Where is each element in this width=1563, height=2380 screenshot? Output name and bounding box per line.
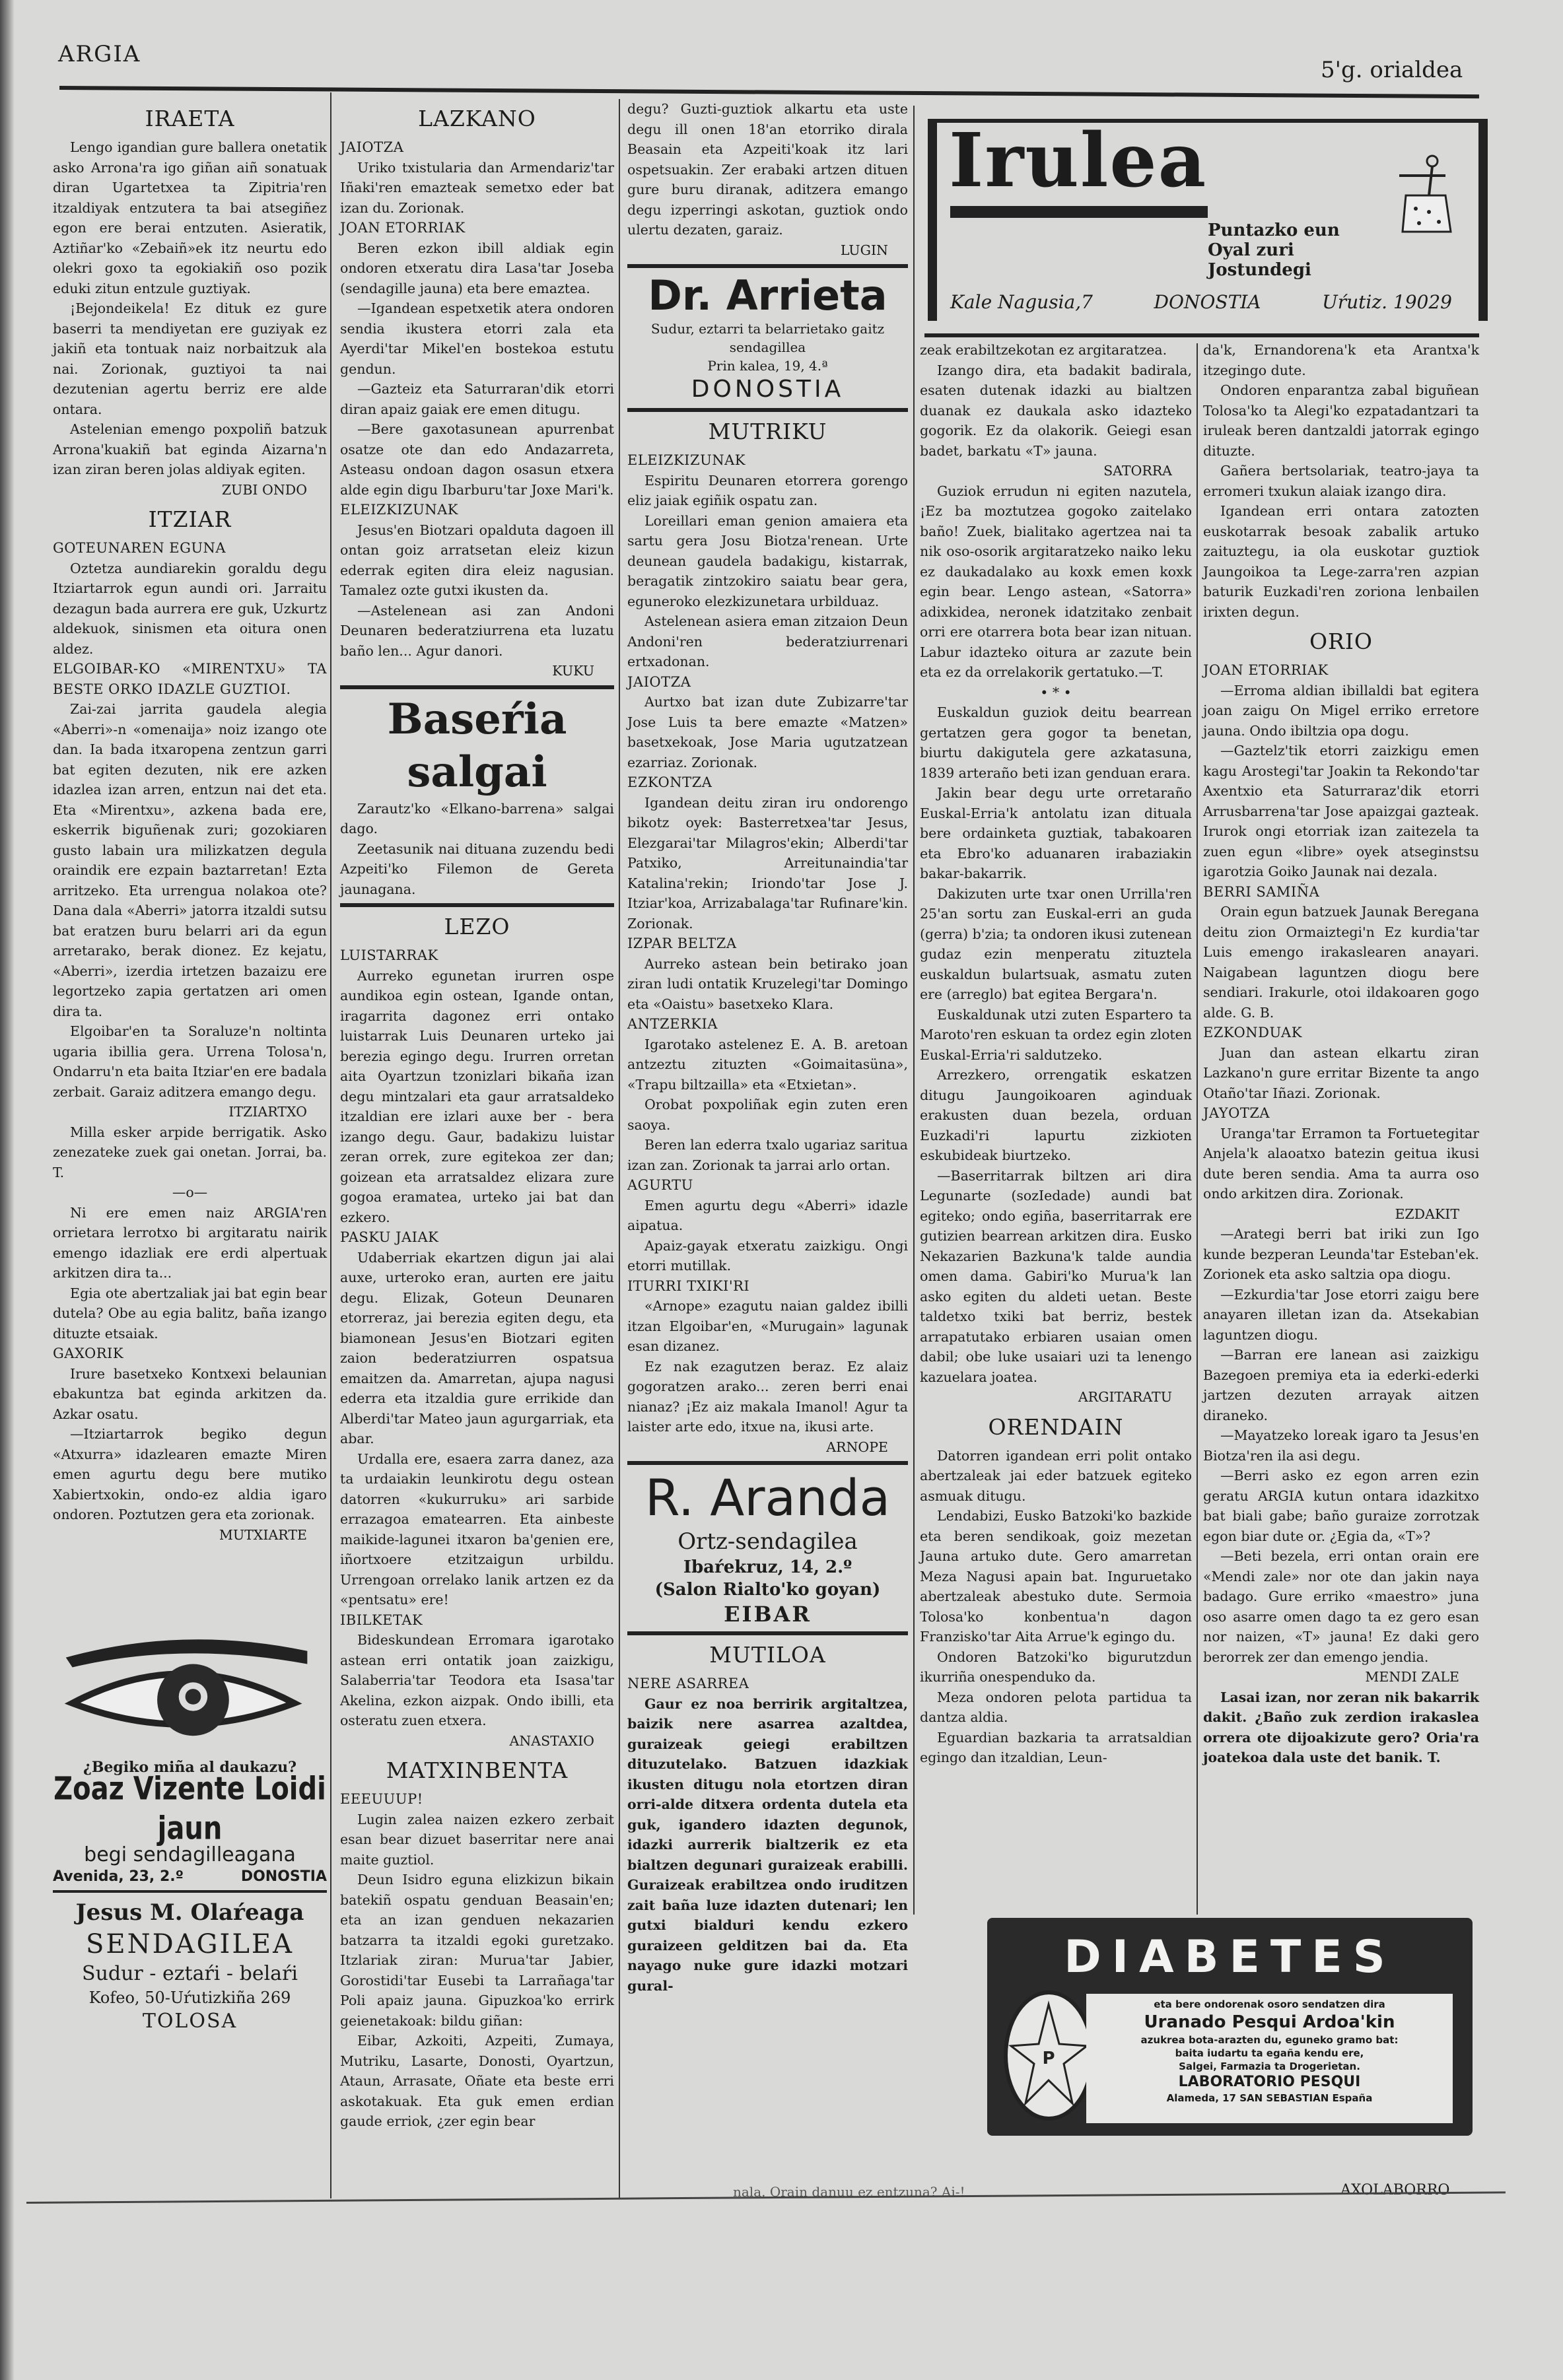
paragraph: Oztetza aundiarekin goraldu degu Itziart… xyxy=(53,559,327,660)
paragraph: Eibar, Azkoiti, Azpeiti, Zumaya, Mutriku… xyxy=(340,2031,614,2132)
section-heading: ORIO xyxy=(1203,626,1479,658)
paragraph: Urdalla ere, esaera zarra danez, aza ta … xyxy=(340,1449,614,1610)
section-heading: MUTRIKU xyxy=(627,416,908,448)
column-rule xyxy=(913,106,915,1915)
paragraph: Astelenean asiera eman zitzaion Deun And… xyxy=(627,611,908,672)
paragraph: —Erroma aldian ibillaldi bat egitera joa… xyxy=(1203,681,1479,741)
ad-rule xyxy=(627,264,908,268)
ad-rule xyxy=(340,903,614,907)
ad-line: Puntazko eun xyxy=(1208,221,1340,240)
ad-headline: Irulea xyxy=(949,118,1207,204)
paragraph: Beren lan ederra txalo ugariaz saritua i… xyxy=(627,1135,908,1175)
ad-city: DONOSTIA xyxy=(1154,291,1261,313)
paragraph: —Beti bezela, erri ontan orain ere «Mend… xyxy=(1203,1546,1479,1667)
paragraph: Euskaldunak utzi zuten Espartero ta Maro… xyxy=(920,1005,1192,1066)
ad-line: Jostundegi xyxy=(1208,260,1340,280)
ad-underline xyxy=(950,206,1208,218)
column-5: da'k, Ernandorena'k eta Arantxa'k itzegi… xyxy=(1203,340,1479,1768)
paragraph: Euskaldun guziok deitu bearrean gertatze… xyxy=(920,702,1192,783)
subheading: ELEIZKIZUNAK xyxy=(627,450,908,471)
paragraph: Uriko txistularia dan Armendariz'tar Iña… xyxy=(340,158,614,219)
subheading: JAYOTZA xyxy=(1203,1103,1479,1124)
paragraph: Guziok errudun ni egiten nazutela, ¡Ez b… xyxy=(920,481,1192,683)
ad-rule xyxy=(340,685,614,689)
article-lazkano: LAZKANO JAIOTZA Uriko txistularia dan Ar… xyxy=(340,103,614,681)
paragraph: Bideskundean Erromara igarotako astean e… xyxy=(340,1630,614,1731)
ad-rule xyxy=(627,1631,908,1635)
paragraph: Juan dan astean elkartu ziran Lazkano'n … xyxy=(1203,1043,1479,1104)
paragraph: Irure basetxeko Kontxexi belaunian ebaku… xyxy=(53,1364,327,1425)
ad-doctor-name: Jesus M. Olaŕeaga xyxy=(53,1898,327,1927)
byline: ARGITARATU xyxy=(920,1387,1192,1408)
paragraph: —Itziartarrok begiko degun «Atxurra» ida… xyxy=(53,1424,327,1525)
column-3: degu? Guzti-guztiok alkartu eta uste deg… xyxy=(627,99,908,1996)
ad-location: (Salon Rialto'ko goyan) xyxy=(627,1579,908,1601)
paragraph: Lugin zalea naizen ezkero zerbait esan b… xyxy=(340,1810,614,1870)
paragraph: Eguardian bazkaria ta arratsaldian eging… xyxy=(920,1728,1192,1768)
section-heading: MUTILOA xyxy=(627,1639,908,1671)
paragraph: —Igandean espetxetik atera ondoren sendi… xyxy=(340,298,614,379)
byline: ANASTAXIO xyxy=(340,1731,614,1751)
paragraph: —Bere gaxotasunean apurrenbat osatze ote… xyxy=(340,419,614,500)
paragraph: Zarautz'ko «Elkano-barrena» salgai dago. xyxy=(340,799,614,839)
paragraph: Aurreko astean bein betirako joan ziran … xyxy=(627,954,908,1015)
ad-baseria-salgai: Baseŕia salgai Zarautz'ko «Elkano-barren… xyxy=(340,693,614,900)
spinner-woman-icon xyxy=(1393,149,1452,235)
paragraph: —Berri asko ez egon arren ezin geratu AR… xyxy=(1203,1466,1479,1546)
ad-rule xyxy=(924,333,1479,337)
section-heading: IRAETA xyxy=(53,103,327,135)
ad-line: baita iudartu ta egaña kendu ere, xyxy=(1086,2047,1453,2060)
paragraph: Igandean erri ontara zatozten euskotarra… xyxy=(1203,501,1479,622)
article-mutriku: MUTRIKU ELEIZKIZUNAK Espiritu Deunaren e… xyxy=(627,416,908,1457)
subheading: EZKONTZA xyxy=(627,772,908,793)
byline: LUGIN xyxy=(627,240,908,261)
page-scan-edge xyxy=(0,0,15,2380)
paragraph: Gañera bertsolariak, teatro-jaya ta erro… xyxy=(1203,461,1479,501)
separator: • * • xyxy=(920,683,1192,703)
separator: —o— xyxy=(53,1182,327,1203)
masthead-title: ARGIA xyxy=(58,41,141,67)
ad-title: sendagillea xyxy=(627,338,908,357)
column-2: LAZKANO JAIOTZA Uriko txistularia dan Ar… xyxy=(340,99,614,2132)
ad-headline: Zoaz Vizente Loidi jaun xyxy=(53,1769,327,1849)
column-4: zeak erabiltzekotan ez argitaratzea. Iza… xyxy=(920,340,1192,1768)
paragraph: Ondoren Batzoki'ko bigurutzdun ikurriña … xyxy=(920,1647,1192,1687)
ad-address: Avenida, 23, 2.º xyxy=(53,1868,184,1885)
section-heading: MATXINBENTA xyxy=(340,1755,614,1786)
paragraph: Milla esker arpide berrigatik. Asko zene… xyxy=(53,1122,327,1183)
paragraph: Egia ote abertzaliak jai bat egin bear d… xyxy=(53,1283,327,1344)
paragraph: Lengo igandian gure ballera onetatik ask… xyxy=(53,137,327,298)
paragraph: Uranga'tar Erramon ta Fortuetegitar Anje… xyxy=(1203,1124,1479,1204)
byline: ZUBI ONDO xyxy=(53,480,327,500)
subheading: LUISTARRAK xyxy=(340,945,614,966)
paragraph: —Ezkurdia'tar Jose etorri zaigu bere ana… xyxy=(1203,1285,1479,1345)
subheading: IZPAR BELTZA xyxy=(627,934,908,954)
ad-divider xyxy=(53,1890,327,1893)
ad-phone: Uŕutiz. 19029 xyxy=(1322,291,1452,313)
ad-specialty: Sudur - eztaŕi - belaŕi xyxy=(53,1961,327,1987)
ad-city: DONOSTIA xyxy=(241,1868,327,1885)
subheading: ELEIZKIZUNAK xyxy=(340,500,614,520)
section-heading: ITZIAR xyxy=(53,504,327,535)
ad-line: Salgei, Farmazia ta Drogerietan. xyxy=(1086,2060,1453,2073)
byline: MENDI ZALE xyxy=(1203,1667,1479,1687)
byline: KUKU xyxy=(340,661,614,681)
ad-headline: DIABETES xyxy=(987,1931,1473,1983)
byline: ITZIARTXO xyxy=(53,1102,327,1122)
ad-rule xyxy=(627,1461,908,1465)
ad-city: TOLOSA xyxy=(53,2009,327,2034)
paragraph: Emen agurtu degu «Aberri» idazle aipatua… xyxy=(627,1196,908,1236)
article-iraeta: IRAETA Lengo igandian gure ballera oneta… xyxy=(53,103,327,500)
paragraph: Ondoren enparantza zabal biguñean Tolosa… xyxy=(1203,380,1479,461)
subheading: PASKU JAIAK xyxy=(340,1227,614,1248)
paragraph: Aurreko egunetan irurren ospe aundikoa e… xyxy=(340,966,614,1228)
paragraph: Deun Isidro eguna elizkizun bikain batek… xyxy=(340,1870,614,2031)
subheading: JAIOTZA xyxy=(627,672,908,693)
paragraph: Elgoibar'en ta Soraluze'n noltinta ugari… xyxy=(53,1021,327,1102)
article-matxinbenta: MATXINBENTA EEEUUUP! Lugin zalea naizen … xyxy=(340,1755,614,2132)
subheading: EEEUUUP! xyxy=(340,1789,614,1810)
paragraph: Zai-zai jarrita gaudela alegia «Aberri»-… xyxy=(53,699,327,1021)
subheading: GAXORIK xyxy=(53,1343,327,1364)
paragraph: Ni ere emen naiz ARGIA'ren orrietara ler… xyxy=(53,1203,327,1283)
subheading: GOTEUNAREN EGUNA xyxy=(53,538,327,559)
svg-text:P: P xyxy=(1042,2049,1055,2068)
paragraph: Astelenian emengo poxpoliñ batzuk Arrona… xyxy=(53,419,327,480)
paragraph: Ez nak ezagutzen beraz. Ez alaiz gogorat… xyxy=(627,1357,908,1437)
ad-dr-arrieta: Dr. Arrieta Sudur, eztarri ta belarrieta… xyxy=(627,272,908,404)
ad-headline: R. Aranda xyxy=(627,1469,908,1527)
paragraph: zeak erabiltzekotan ez argitaratzea. xyxy=(920,340,1192,360)
subheading: ITURRI TXIKI'RI xyxy=(627,1276,908,1297)
ad-title: Ortz-sendagilea xyxy=(627,1527,908,1556)
paragraph: Udaberriak ekartzen digun jai alai auxe,… xyxy=(340,1248,614,1449)
paragraph: Aurtxo bat izan dute Zubizarre'tar Jose … xyxy=(627,692,908,772)
subheading: JOAN ETORRIAK xyxy=(1203,660,1479,681)
paragraph: degu? Guzti-guztiok alkartu eta uste deg… xyxy=(627,99,908,240)
paragraph: Igandean deitu ziran iru ondorengo bikot… xyxy=(627,793,908,934)
ad-r-aranda: R. Aranda Ortz-sendagilea Ibaŕekruz, 14,… xyxy=(627,1469,908,1627)
column-rule xyxy=(619,99,620,2198)
column-rule xyxy=(1197,343,1198,1915)
paragraph: Jakin bear degu urte orretaraño Euskal-E… xyxy=(920,783,1192,884)
paragraph: Lendabizi, Eusko Batzoki'ko bazkide eta … xyxy=(920,1506,1192,1647)
column-1: IRAETA Lengo igandian gure ballera oneta… xyxy=(53,99,327,1545)
ad-headline: Dr. Arrieta xyxy=(627,272,908,320)
paragraph: ¡Bejondeikela! Ez dituk ez gure baserri … xyxy=(53,298,327,419)
ad-headline: Baseŕia salgai xyxy=(340,693,614,799)
ad-address: Kofeo, 50-Uŕutizkiña 269 xyxy=(53,1987,327,2009)
ad-address: Prin kalea, 19, 4.ª xyxy=(627,357,908,375)
byline: SATORRA xyxy=(920,461,1192,481)
ad-doctor-title: SENDAGILEA xyxy=(53,1927,327,1961)
paragraph: Zeetasunik nai dituana zuzendu bedi Azpe… xyxy=(340,839,614,900)
paragraph: Apaiz-gayak etxeratu zaizkigu. Ongi etor… xyxy=(627,1236,908,1276)
paragraph: —Baserritarrak biltzen ari dira Legunart… xyxy=(920,1166,1192,1388)
ad-irulea: Irulea Puntazko eun Oyal zuri Jostundegi… xyxy=(928,119,1488,321)
paragraph: Lasai izan, nor zeran nik bakarrik dakit… xyxy=(1203,1687,1479,1768)
pesqui-star-seal-icon: P xyxy=(1004,1990,1094,2121)
paragraph: Jesus'en Biotzari opalduta dagoen ill on… xyxy=(340,520,614,601)
subheading: JAIOTZA xyxy=(340,137,614,158)
subheading: NERE ASARREA xyxy=(627,1674,908,1694)
ad-line: eta bere ondorenak osoro sendatzen dira xyxy=(1086,1998,1453,2011)
paragraph: Datorren igandean erri polit ontako aber… xyxy=(920,1446,1192,1507)
paragraph: Orobat poxpoliñak egin zuten eren saoya. xyxy=(627,1095,908,1135)
paragraph: Igarotako astelenez E. A. B. aretoan ant… xyxy=(627,1035,908,1095)
article-lezo: LEZO LUISTARRAK Aurreko egunetan irurren… xyxy=(340,911,614,1751)
article-mutiloa: MUTILOA NERE ASARREA Gaur ez noa berriri… xyxy=(627,1639,908,1996)
subheading: ELGOIBAR-KO «MIRENTXU» TA BESTE ORKO IDA… xyxy=(53,659,327,699)
ad-address: Ibaŕekruz, 14, 2.º xyxy=(627,1556,908,1579)
header-rule xyxy=(59,86,1479,98)
subheading: AGURTU xyxy=(627,1175,908,1196)
section-heading: LEZO xyxy=(340,911,614,943)
paragraph: —Arategi berri bat iriki zun Igo kunde b… xyxy=(1203,1224,1479,1285)
paragraph: —Mayatzeko loreak igaro ta Jesus'en Biot… xyxy=(1203,1425,1479,1466)
ad-vizente-loidi: ¿Begiko miña al daukazu? Zoaz Vizente Lo… xyxy=(53,1631,327,2034)
paragraph: Espiritu Deunaren etorrera gorengo eliz … xyxy=(627,471,908,511)
ad-address: Alameda, 17 SAN SEBASTIAN España xyxy=(1086,2091,1453,2105)
paragraph: Orain egun batzuek Jaunak Beregana deitu… xyxy=(1203,902,1479,1023)
article-orio: ORIO JOAN ETORRIAK —Erroma aldian ibilla… xyxy=(1203,626,1479,1768)
paragraph: —Gaztelz'tik etorri zaizkigu emen kagu A… xyxy=(1203,741,1479,882)
subheading: JOAN ETORRIAK xyxy=(340,218,614,238)
ad-lab: LABORATORIO PESQUI xyxy=(1086,2073,1453,2091)
section-heading: LAZKANO xyxy=(340,103,614,135)
paragraph: Izango dira, eta badakit badirala, esate… xyxy=(920,360,1192,461)
eye-illustration-icon xyxy=(53,1631,327,1756)
ad-specialty: Sudur, eztarri ta belarrietako gaitz xyxy=(627,320,908,338)
ad-address: Kale Nagusia,7 xyxy=(950,291,1093,313)
paragraph: —Astelenean asi zan Andoni Deunaren bede… xyxy=(340,601,614,662)
footer-byline: AXOLABORRO xyxy=(1340,2182,1449,2198)
ad-rule xyxy=(627,408,908,412)
paragraph: Gaur ez noa berririk argitaltzea, baizik… xyxy=(627,1694,908,1996)
paragraph: Beren ezkon ibill aldiak egin ondoren et… xyxy=(340,238,614,299)
paragraph: —Barran ere lanean asi zaizkigu Bazegoen… xyxy=(1203,1345,1479,1425)
paragraph: «Arnope» ezagutu naian galdez ibilli itz… xyxy=(627,1296,908,1357)
section-heading: ORENDAIN xyxy=(920,1411,1192,1443)
ad-city: DONOSTIA xyxy=(627,375,908,404)
subheading: BERRI SAMIÑA xyxy=(1203,882,1479,902)
paragraph: Dakizuten urte txar onen Urrilla'ren 25'… xyxy=(920,884,1192,1005)
paragraph: —Gazteiz eta Saturraran'dik etorri diran… xyxy=(340,379,614,419)
ad-city: EIBAR xyxy=(627,1601,908,1627)
ad-product: Uranado Pesqui Ardoa'kin xyxy=(1086,2011,1453,2033)
subheading: EZKONDUAK xyxy=(1203,1023,1479,1043)
byline: EZDAKIT xyxy=(1203,1204,1479,1225)
article-itziar: ITZIAR GOTEUNAREN EGUNA Oztetza aundiare… xyxy=(53,504,327,1545)
subheading: ANTZERKIA xyxy=(627,1014,908,1035)
byline: ARNOPE xyxy=(627,1437,908,1458)
page-number: 5'g. orialdea xyxy=(1321,57,1463,83)
column-rule xyxy=(330,92,331,2198)
paragraph: Meza ondoren pelota partidua ta dantza a… xyxy=(920,1687,1192,1728)
paragraph: Arrezkero, orrengatik eskatzen ditugu Ja… xyxy=(920,1065,1192,1166)
ad-line: Oyal zuri xyxy=(1208,240,1340,260)
article-orendain: ORENDAIN Datorren igandean erri polit on… xyxy=(920,1411,1192,1768)
subheading: IBILKETAK xyxy=(340,1610,614,1631)
paragraph: Loreillari eman genion amaiera eta sartu… xyxy=(627,511,908,612)
ad-line: azukrea bota-arazten du, eguneko gramo b… xyxy=(1086,2033,1453,2047)
byline: MUTXIARTE xyxy=(53,1525,327,1546)
paragraph: da'k, Ernandorena'k eta Arantxa'k itzegi… xyxy=(1203,340,1479,380)
ad-diabetes: DIABETES P eta bere ondorenak osoro send… xyxy=(987,1918,1473,2136)
